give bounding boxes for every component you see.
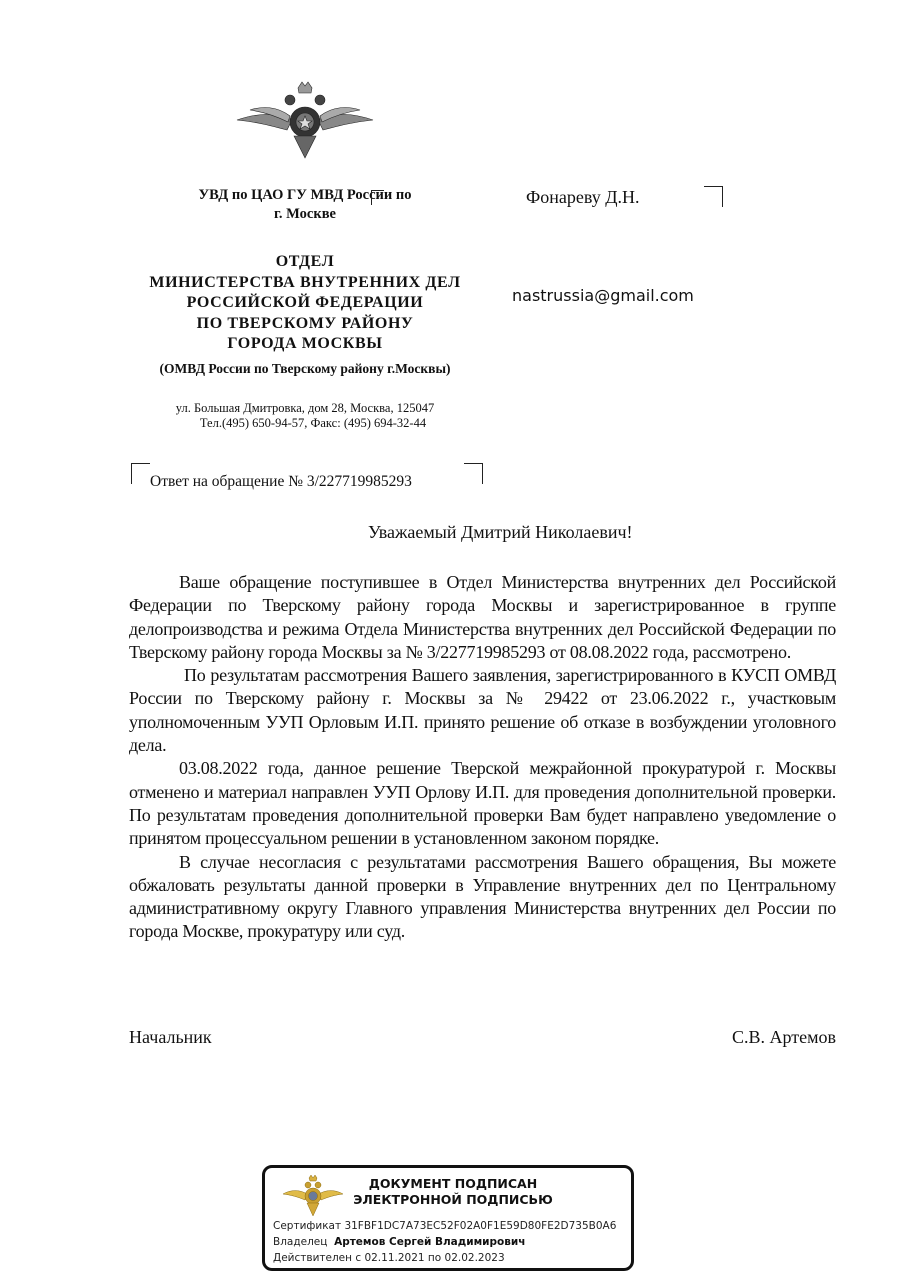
salutation: Уважаемый Дмитрий Николаевич! — [368, 521, 633, 543]
owner-line: Владелец Артемов Сергей Владимирович — [273, 1236, 525, 1249]
organization-abbreviation: (ОМВД России по Тверскому району г.Москв… — [120, 360, 490, 378]
parent-org-line-2: г. Москве — [150, 205, 460, 224]
recipient-email: nastrussia@gmail.com — [512, 286, 694, 306]
owner-label: Владелец — [273, 1236, 327, 1248]
phones: Тел.(495) 650-94-57, Факс: (495) 694-32-… — [140, 416, 470, 431]
certificate-value: 31FBF1DC7A73EC52F02A0F1E59D80FE2D735B0A6 — [344, 1220, 616, 1232]
signatory-title: Начальник — [129, 1026, 212, 1048]
corner-mark — [131, 463, 150, 484]
mvd-emblem-icon — [232, 80, 378, 170]
body-paragraph: Ваше обращение поступившее в Отдел Минис… — [129, 571, 836, 664]
e-signature-stamp: ДОКУМЕНТ ПОДПИСАН ЭЛЕКТРОННОЙ ПОДПИСЬЮ С… — [262, 1165, 634, 1271]
recipient-name: Фонареву Д.Н. — [526, 186, 640, 208]
certificate-line: Сертификат 31FBF1DC7A73EC52F02A0F1E59D80… — [273, 1220, 616, 1233]
org-line: ГОРОДА МОСКВЫ — [120, 334, 490, 355]
stamp-heading-line: ЭЛЕКТРОННОЙ ПОДПИСЬЮ — [353, 1192, 553, 1208]
parent-organization: УВД по ЦАО ГУ МВД России по г. Москве — [150, 186, 460, 224]
mvd-gold-emblem-icon — [281, 1174, 343, 1218]
stamp-heading: ДОКУМЕНТ ПОДПИСАН ЭЛЕКТРОННОЙ ПОДПИСЬЮ — [353, 1176, 553, 1208]
address: ул. Большая Дмитровка, дом 28, Москва, 1… — [140, 401, 470, 416]
org-line: ПО ТВЕРСКОМУ РАЙОНУ — [120, 314, 490, 335]
signatory-name: С.В. Артемов — [732, 1026, 836, 1048]
letter-body: Ваше обращение поступившее в Отдел Минис… — [129, 571, 836, 944]
owner-value: Артемов Сергей Владимирович — [334, 1236, 525, 1248]
stamp-heading-line: ДОКУМЕНТ ПОДПИСАН — [353, 1176, 553, 1192]
org-line: ОТДЕЛ — [120, 252, 490, 273]
body-paragraph: 03.08.2022 года, данное решение Тверской… — [129, 757, 836, 850]
corner-mark — [704, 186, 723, 207]
corner-mark — [371, 190, 384, 205]
body-paragraph: По результатам рассмотрения Вашего заявл… — [129, 664, 836, 757]
reply-reference: Ответ на обращение № 3/227719985293 — [150, 472, 412, 492]
corner-mark — [464, 463, 483, 484]
org-line: МИНИСТЕРСТВА ВНУТРЕННИХ ДЕЛ — [120, 273, 490, 294]
certificate-label: Сертификат — [273, 1220, 341, 1232]
organization-name: ОТДЕЛ МИНИСТЕРСТВА ВНУТРЕННИХ ДЕЛ РОССИЙ… — [120, 252, 490, 355]
body-paragraph: В случае несогласия с результатами рассм… — [129, 851, 836, 944]
org-line: РОССИЙСКОЙ ФЕДЕРАЦИИ — [120, 293, 490, 314]
organization-contacts: ул. Большая Дмитровка, дом 28, Москва, 1… — [140, 401, 470, 431]
validity-line: Действителен с 02.11.2021 по 02.02.2023 — [273, 1252, 505, 1265]
parent-org-line-1: УВД по ЦАО ГУ МВД России по — [150, 186, 460, 205]
